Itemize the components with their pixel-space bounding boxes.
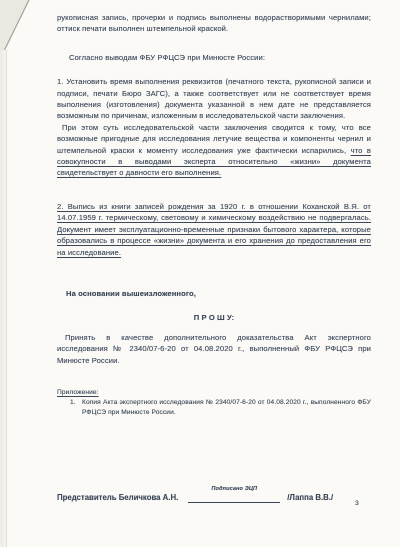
paragraph-item2: 2. Выпись из книги записей рождения за 1… (57, 201, 371, 258)
signature-line: Подписано ЭЦП (188, 492, 280, 503)
signature-role: Представитель Беличкова А.Н. (57, 492, 178, 503)
paragraph-intro: рукописная запись, прочерки и подпись вы… (57, 12, 371, 35)
paragraph-basis: На основании вышеизложенного, (57, 288, 371, 299)
attachment-item: 1. Копия Акта экспертного исследования №… (70, 398, 371, 417)
signature-name: /Лаппа В.В./ (287, 492, 333, 503)
scanned-document-page: рукописная запись, прочерки и подпись вы… (0, 0, 400, 547)
request-heading: П Р О Ш У: (57, 312, 371, 323)
page-left-edge (0, 50, 7, 547)
document-content: рукописная запись, прочерки и подпись вы… (57, 12, 371, 417)
esign-note: Подписано ЭЦП (188, 484, 280, 495)
page-number: 3 (355, 500, 359, 507)
paragraph-item1: 1. Установить время выполнения реквизито… (57, 76, 371, 122)
signature-block: Представитель Беличкова А.Н. Подписано Э… (57, 492, 371, 503)
evaporation-plain-text: При этом суть исследовательской части за… (57, 123, 371, 155)
attachment-heading: Приложение: (57, 388, 371, 398)
paragraph-evaporation: При этом суть исследовательской части за… (57, 122, 371, 179)
paragraph-request: Принять в качестве дополнительного доказ… (57, 332, 371, 366)
attachment-item-number: 1. (70, 398, 82, 417)
attachment-item-text: Копия Акта экспертного исследования № 23… (82, 398, 371, 417)
paragraph-according: Согласно выводам ФБУ РФЦСЭ при Минюсте Р… (57, 52, 371, 63)
attachment-section: Приложение: 1. Копия Акта экспертного ис… (57, 388, 371, 418)
